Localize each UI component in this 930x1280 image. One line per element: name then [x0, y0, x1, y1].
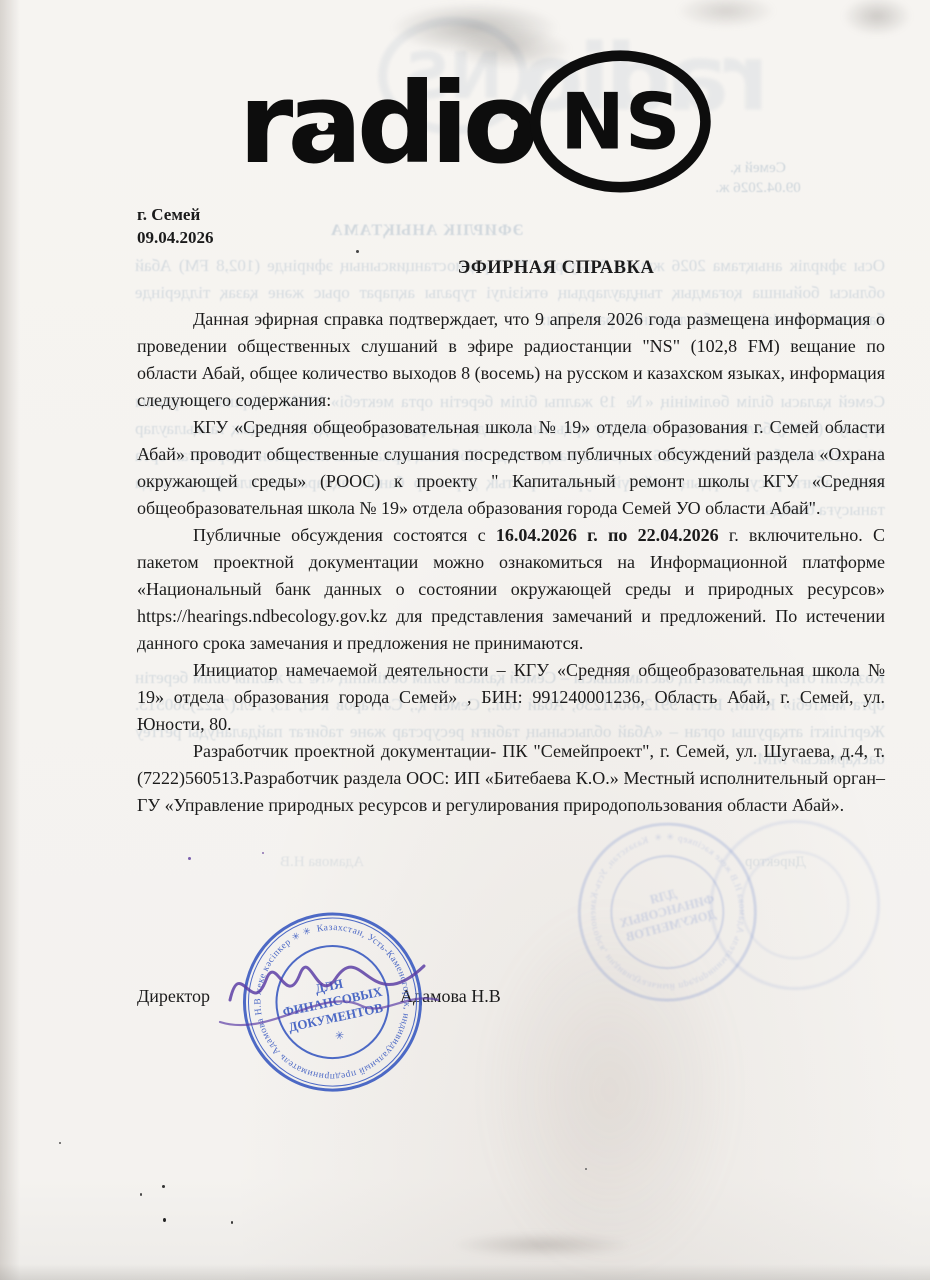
paragraph-announcement: КГУ «Средняя общеобразовательная школа №…	[137, 414, 885, 522]
scan-smudge	[842, 0, 912, 36]
scan-speck	[585, 1168, 587, 1170]
scan-speck	[188, 857, 191, 860]
scan-edge	[0, 1264, 930, 1280]
bleed-through-stamp-ring	[700, 810, 890, 1005]
svg-text:ДОКУМЕНТОВ: ДОКУМЕНТОВ	[625, 907, 718, 944]
vinyl-dot-icon	[506, 120, 518, 132]
paragraph-intro: Данная эфирная справка подтверждает, что…	[137, 306, 885, 414]
hearing-dates: 16.04.2026 г. по 22.04.2026	[496, 525, 719, 545]
paragraph-hearings: Публичные обсуждения состоятся с 16.04.2…	[137, 522, 885, 657]
svg-text:ДЛЯ: ДЛЯ	[648, 886, 678, 906]
svg-text:ФИНАНСОВЫХ: ФИНАНСОВЫХ	[618, 892, 716, 931]
date-line: 09.04.2026	[137, 226, 214, 249]
signature-role: Директор	[137, 986, 210, 1007]
vinyl-dot-icon	[385, 120, 397, 132]
header-city-date: г. Семей 09.04.2026	[137, 203, 214, 249]
logo-badge: NS	[560, 78, 680, 168]
scan-speck	[356, 250, 359, 253]
bleed-through-signature-name: Адамова Н.В	[280, 852, 364, 872]
bleed-through-stamp: Казахстан, Усть-Каменогорск, индивидуаль…	[545, 790, 791, 1040]
paragraph-developer: Разработчик проектной документации- ПК "…	[137, 738, 885, 819]
scan-smudge	[390, 2, 560, 54]
document-body: Данная эфирная справка подтверждает, что…	[137, 306, 885, 819]
scan-speck	[262, 852, 264, 854]
paragraph-initiator: Инициатор намечаемой деятельности – КГУ …	[137, 657, 885, 738]
scanned-document: radio NS Семей қ. 09.04.2026 ж. ЭФИРЛІК …	[0, 0, 930, 1280]
scan-speck	[59, 1142, 61, 1144]
city-line: г. Семей	[137, 203, 214, 226]
scan-speck	[163, 1218, 166, 1222]
page-title: ЭФИРНАЯ СПРАВКА	[137, 258, 930, 279]
scan-speck	[231, 1221, 233, 1224]
scan-smudge	[676, 0, 776, 28]
scan-smudge	[452, 1232, 632, 1258]
scan-speck	[140, 1193, 142, 1196]
vinyl-dot-icon	[317, 120, 329, 132]
radio-ns-logo: radio NS	[225, 48, 745, 198]
bleed-through-title: ЭФИРЛІК АНЫҚТАМА	[330, 222, 524, 240]
scan-shading	[480, 900, 740, 1280]
svg-text:Казахстан, Усть-Каменогорск, и: Казахстан, Усть-Каменогорск, индивидуаль…	[563, 790, 788, 1009]
handwritten-signature	[212, 922, 452, 1047]
bleed-through-signature-role: Директор	[745, 852, 806, 872]
scan-speck	[162, 1185, 165, 1188]
